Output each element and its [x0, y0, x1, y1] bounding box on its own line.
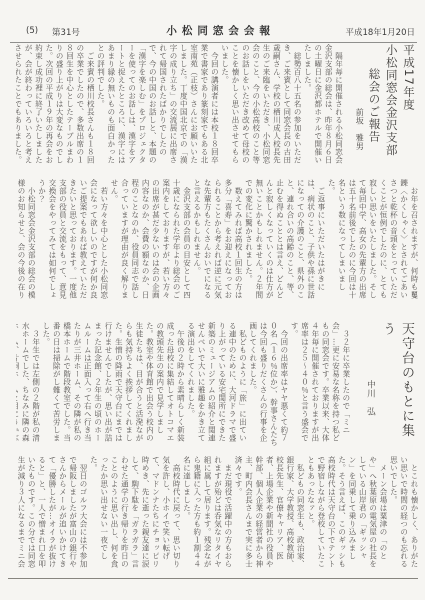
body-paragraph: 総勢百八十五名の参加をいただき、ご来賓として同窓会長の古田歳嗣さん、学校の栖川成…	[219, 44, 302, 170]
footer-rule	[8, 578, 418, 579]
article2-headline: 天守台のもとに集う 中川 弘	[363, 322, 415, 448]
body-paragraph: ３２年に卒業したので「ミニ会」…更に安易な名称を持つ私どもの同窓会です。卒業以来…	[289, 322, 351, 448]
article2-row2: とこれも懐かしく、ありがたい思いで時間の経つのも忘れる思いでした。 メーン会場は…	[16, 456, 419, 571]
body-paragraph: 私どもの同窓生も、政治家、銀行家、大学教授、高校教師、校長先生、官僚キャリア、医…	[233, 456, 305, 571]
body-paragraph: 午後の２時から素晴らしく新装成った母校に集結してオトコマエの教頭先生の案内で見学…	[41, 322, 186, 448]
body-paragraph: 今回の講演者には本校１８回卒業で書家であり篆刻家でもある北室南苑（正枝）さんにお…	[95, 44, 219, 170]
body-paragraph: 数えてみれば高校１回生の方は多分「喜寿」をお迎えになっておられることから考えれば…	[191, 179, 243, 303]
article2-title: 天守台のもとに集う	[377, 322, 415, 448]
body-paragraph: 翌日のゴルフ大会には不参加で帰阪しましたが富山の銀行やさんからメールが追いかけて…	[16, 456, 88, 571]
page-header: (5) 第31号 小松同窓会会報 平成18年1月20日	[10, 16, 417, 43]
body-paragraph: とこれも懐かしく、ありがたい思いで時間の経つのも忘れる思いでした。	[388, 456, 419, 571]
body-paragraph: ３年生では左側の２階が私の清水ホームでした、ちなみに隣の森ホーム、片桐ホームと目…	[16, 322, 41, 448]
article1-row2: お年を召されますが、何時も矍鑠〈かくしゃく〉とされてごあいさつと乾杯の音頭をとっ…	[16, 179, 419, 303]
body-paragraph: 高校時代に戻って、思い切り気を許し、小ホイで笑い転げて、マドンナたちにチョッピリ…	[88, 456, 181, 571]
body-paragraph: 私どものように「旅」に出ている連中のために、大河ドラマで盛り上がっている安宅関所…	[185, 322, 247, 448]
body-paragraph: 金沢支部の会員の目安として四十歳になられた学年より総会のご案内をしておりますが、…	[109, 179, 192, 303]
body-paragraph: 小松同窓会金沢支部の総会の模様のお知らせと、会の今後の在り方等について感想を述べ…	[16, 179, 36, 303]
article2-author: 中川 弘	[363, 322, 377, 448]
page-number: (5)	[26, 26, 38, 38]
header-left: (5) 第31号	[10, 26, 80, 38]
article1-headline: 平成17年度 小松同窓会金沢支部 総会のご報告 前坂 雅男	[352, 44, 417, 170]
body-paragraph: 今回の出席率はヤヤ悪くて約７０名（１６％位か）、幹事さんたちは今回も盛りだくさん…	[247, 322, 288, 448]
body-paragraph: 隔年毎に開催される小松同窓会金沢支部の総会は、昨年８月６日の土曜日に金沢都ホテル…	[302, 44, 343, 170]
article1-title-main: 総会のご報告	[365, 44, 382, 170]
article1-author: 前坂 雅男	[352, 44, 365, 170]
newsletter-title: 小松同窓会会報	[166, 23, 275, 38]
issue-number: 第31号	[52, 26, 80, 38]
body-paragraph: ご来賓の栖川校長さんも１８回の卒業でしたので、多数出席の１８回生を中心としたテー…	[16, 44, 95, 170]
body-paragraph: お年を召されますが、何時も矍鑠〈かくしゃく〉とされてごあいさつと乾杯の音頭をとっ…	[326, 179, 419, 303]
article1-title-era: 平成17年度	[400, 44, 417, 170]
article1-row1: 平成17年度 小松同窓会金沢支部 総会のご報告 前坂 雅男 隔年毎に開催される小…	[16, 44, 419, 170]
page-content: 平成17年度 小松同窓会金沢支部 総会のご報告 前坂 雅男 隔年毎に開催される小…	[16, 44, 419, 571]
body-paragraph: 若い方々を中心とした小松同窓会になって欲しいのですが何か良いご提案でもあれば教え…	[36, 179, 108, 303]
article2-row1: 天守台のもとに集う 中川 弘 ３２年に卒業したので「ミニ会」…更に安易な名称を持…	[16, 322, 419, 448]
article1-title-org: 小松同窓会金沢支部	[383, 44, 400, 170]
body-paragraph: ご返事にいただいたはがきには、病状のこと、子供や孫に世話になっての介護のこと、県…	[243, 179, 326, 303]
issue-date: 平成18年1月20日	[345, 26, 417, 38]
body-paragraph: メーン会場は粟津の「のとや」へ秋葉原の電気屋の社長をしている山岸君の「ギッシャン…	[305, 456, 388, 571]
newsletter-page: (5) 第31号 小松同窓会会報 平成18年1月20日 平成17年度 小松同窓会…	[0, 0, 425, 600]
body-paragraph: まだ現役で活躍中の方もおられますが殆どは呑気なリタイヤ組に属して居ります。残念な…	[181, 456, 233, 571]
